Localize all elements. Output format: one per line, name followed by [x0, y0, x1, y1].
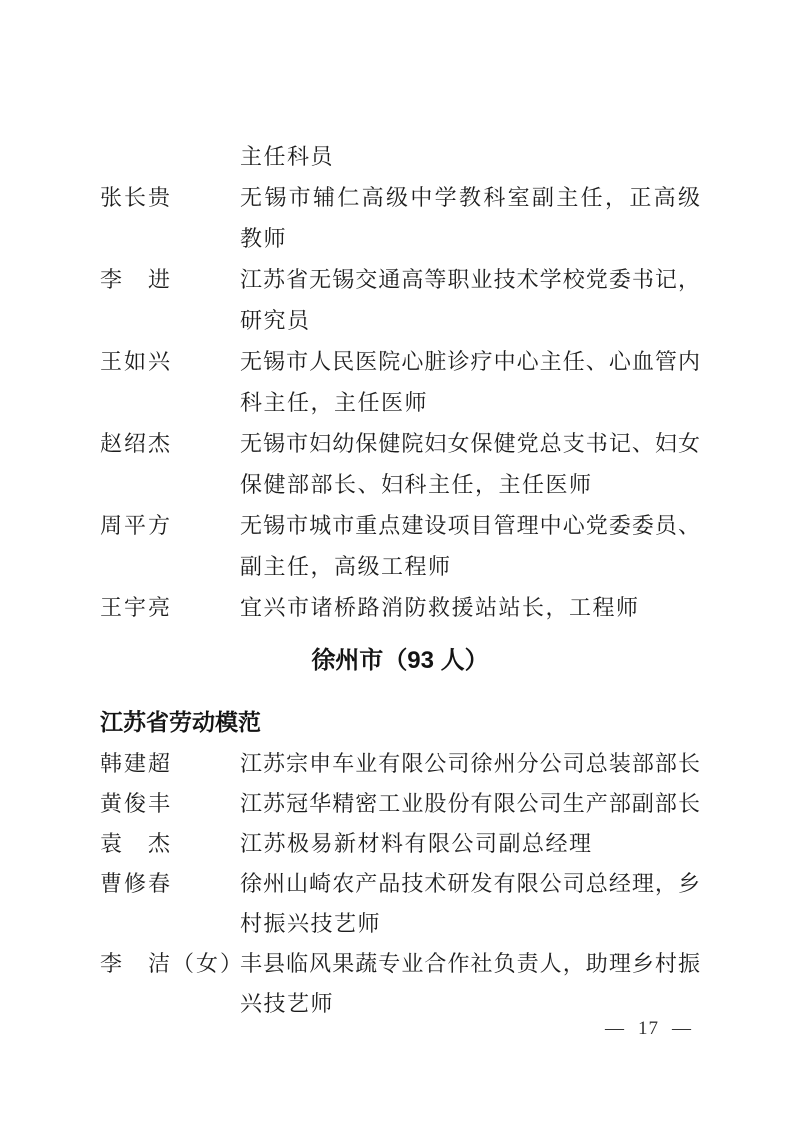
- desc-cell: 江苏冠华精密工业股份有限公司生产部副部长: [240, 784, 700, 824]
- entry-row: 曹修春 徐州山崎农产品技术研发有限公司总经理，乡 村振兴技艺师: [100, 864, 700, 944]
- entry-row: 韩建超 江苏宗申车业有限公司徐州分公司总装部部长: [100, 744, 700, 784]
- desc-cell: 无锡市妇幼保健院妇女保健党总支书记、妇女 保健部部长、妇科主任，主任医师: [240, 423, 700, 505]
- name-cell: 李 进: [100, 259, 240, 300]
- desc-cell: 丰县临风果蔬专业合作社负责人，助理乡村振 兴技艺师: [240, 944, 700, 1024]
- page-number: 17: [638, 1018, 659, 1040]
- award-section-heading: 江苏省劳动模范: [100, 706, 700, 738]
- city-name: 徐州市: [311, 647, 383, 674]
- name-cell: 王宇亮: [100, 587, 240, 628]
- name-cell: 周平方: [100, 505, 240, 546]
- desc-cell: 无锡市人民医院心脏诊疗中心主任、心血管内 科主任，主任医师: [240, 341, 700, 423]
- desc-line: 江苏省无锡交通高等职业技术学校党委书记，: [240, 259, 700, 300]
- name-cell: 曹修春: [100, 864, 240, 904]
- desc-line: 村振兴技艺师: [240, 904, 700, 944]
- desc-cell: 主任科员: [240, 136, 700, 177]
- city-section-heading: 徐州市（93 人）: [100, 642, 700, 680]
- footer-dash-right: —: [672, 1018, 692, 1040]
- entry-row: 周平方 无锡市城市重点建设项目管理中心党委委员、 副主任，高级工程师: [100, 505, 700, 587]
- entry-row: 王如兴 无锡市人民医院心脏诊疗中心主任、心血管内 科主任，主任医师: [100, 341, 700, 423]
- desc-line: 无锡市辅仁高级中学教科室副主任，正高级: [240, 177, 700, 218]
- desc-line: 徐州山崎农产品技术研发有限公司总经理，乡: [240, 864, 700, 904]
- entry-row: 袁 杰 江苏极易新材料有限公司副总经理: [100, 824, 700, 864]
- desc-line: 江苏宗申车业有限公司徐州分公司总装部部长: [240, 744, 700, 784]
- desc-line: 主任科员: [240, 136, 700, 177]
- desc-line: 江苏冠华精密工业股份有限公司生产部副部长: [240, 784, 700, 824]
- entry-row: 张长贵 无锡市辅仁高级中学教科室副主任，正高级 教师: [100, 177, 700, 259]
- desc-line: 江苏极易新材料有限公司副总经理: [240, 824, 700, 864]
- footer-dash-left: —: [605, 1018, 625, 1040]
- desc-cell: 无锡市辅仁高级中学教科室副主任，正高级 教师: [240, 177, 700, 259]
- desc-line: 无锡市妇幼保健院妇女保健党总支书记、妇女: [240, 423, 700, 464]
- entry-row: 赵绍杰 无锡市妇幼保健院妇女保健党总支书记、妇女 保健部部长、妇科主任，主任医师: [100, 423, 700, 505]
- desc-line: 宜兴市诸桥路消防救援站站长，工程师: [240, 587, 700, 628]
- page-number-footer: — 17 —: [605, 1018, 692, 1040]
- desc-line: 研究员: [240, 300, 700, 341]
- name-cell: 赵绍杰: [100, 423, 240, 464]
- entry-row: 李 洁（女） 丰县临风果蔬专业合作社负责人，助理乡村振 兴技艺师: [100, 944, 700, 1024]
- name-cell: 韩建超: [100, 744, 240, 784]
- desc-cell: 江苏宗申车业有限公司徐州分公司总装部部长: [240, 744, 700, 784]
- content-area: 主任科员 张长贵 无锡市辅仁高级中学教科室副主任，正高级 教师 李 进 江苏省无…: [0, 0, 800, 1024]
- document-page: { "document": { "continuation": { "text"…: [0, 0, 800, 1131]
- name-cell: 王如兴: [100, 341, 240, 382]
- desc-line: 副主任，高级工程师: [240, 546, 700, 587]
- desc-line: 科主任，主任医师: [240, 382, 700, 423]
- desc-line: 教师: [240, 218, 700, 259]
- desc-line: 无锡市人民医院心脏诊疗中心主任、心血管内: [240, 341, 700, 382]
- desc-line: 保健部部长、妇科主任，主任医师: [240, 464, 700, 505]
- desc-cell: 徐州山崎农产品技术研发有限公司总经理，乡 村振兴技艺师: [240, 864, 700, 944]
- desc-line: 丰县临风果蔬专业合作社负责人，助理乡村振: [240, 944, 700, 984]
- entry-row: 李 进 江苏省无锡交通高等职业技术学校党委书记， 研究员: [100, 259, 700, 341]
- desc-line: 无锡市城市重点建设项目管理中心党委委员、: [240, 505, 700, 546]
- entry-row: 黄俊丰 江苏冠华精密工业股份有限公司生产部副部长: [100, 784, 700, 824]
- desc-cell: 江苏省无锡交通高等职业技术学校党委书记， 研究员: [240, 259, 700, 341]
- desc-cell: 无锡市城市重点建设项目管理中心党委委员、 副主任，高级工程师: [240, 505, 700, 587]
- desc-cell: 江苏极易新材料有限公司副总经理: [240, 824, 700, 864]
- desc-cell: 宜兴市诸桥路消防救援站站长，工程师: [240, 587, 700, 628]
- name-cell: 袁 杰: [100, 824, 240, 864]
- entry-row-continuation: 主任科员: [100, 136, 700, 177]
- city-count: （93 人）: [383, 647, 488, 674]
- name-cell: 李 洁（女）: [100, 944, 240, 984]
- name-cell: 张长贵: [100, 177, 240, 218]
- entry-row: 王宇亮 宜兴市诸桥路消防救援站站长，工程师: [100, 587, 700, 628]
- name-cell: 黄俊丰: [100, 784, 240, 824]
